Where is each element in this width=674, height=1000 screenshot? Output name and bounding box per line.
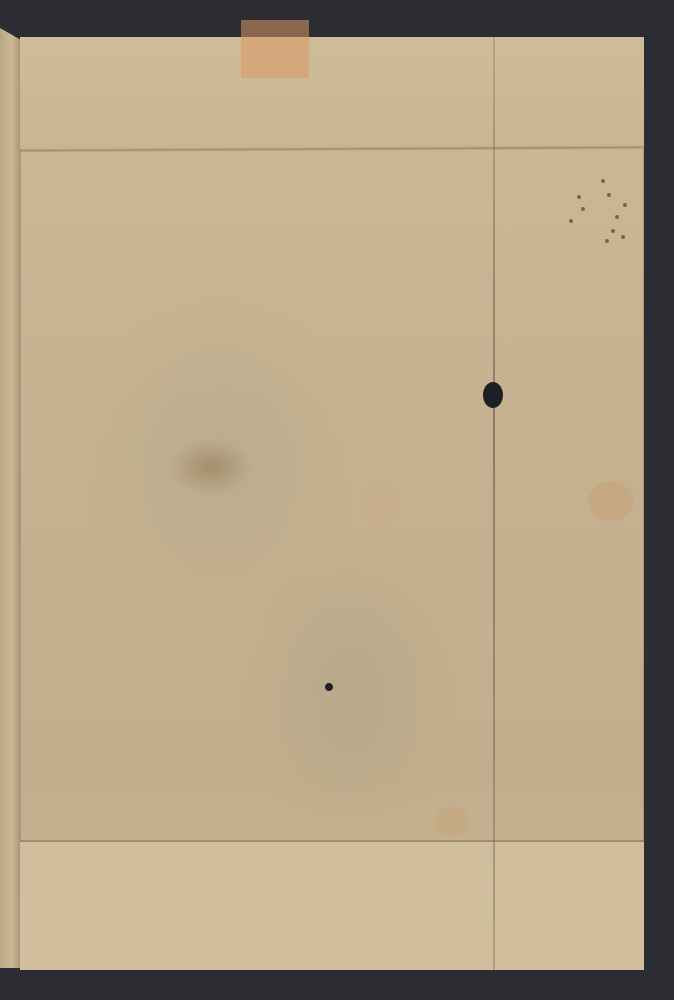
water-stain (588, 481, 634, 521)
water-stain (360, 485, 400, 525)
water-stain (435, 807, 469, 837)
manuscript-page (20, 37, 644, 970)
bottom-fold-line (20, 840, 644, 842)
paper-hole (483, 382, 503, 408)
paper-hole-small (325, 683, 333, 691)
scan-viewport (0, 0, 674, 1000)
top-folded-flap (20, 37, 644, 149)
vertical-fold-line (493, 37, 495, 970)
tape-fragment (241, 20, 309, 78)
bottom-folded-flap (20, 842, 644, 970)
foxing-spots (565, 175, 625, 245)
adjacent-page-edge (0, 28, 21, 968)
